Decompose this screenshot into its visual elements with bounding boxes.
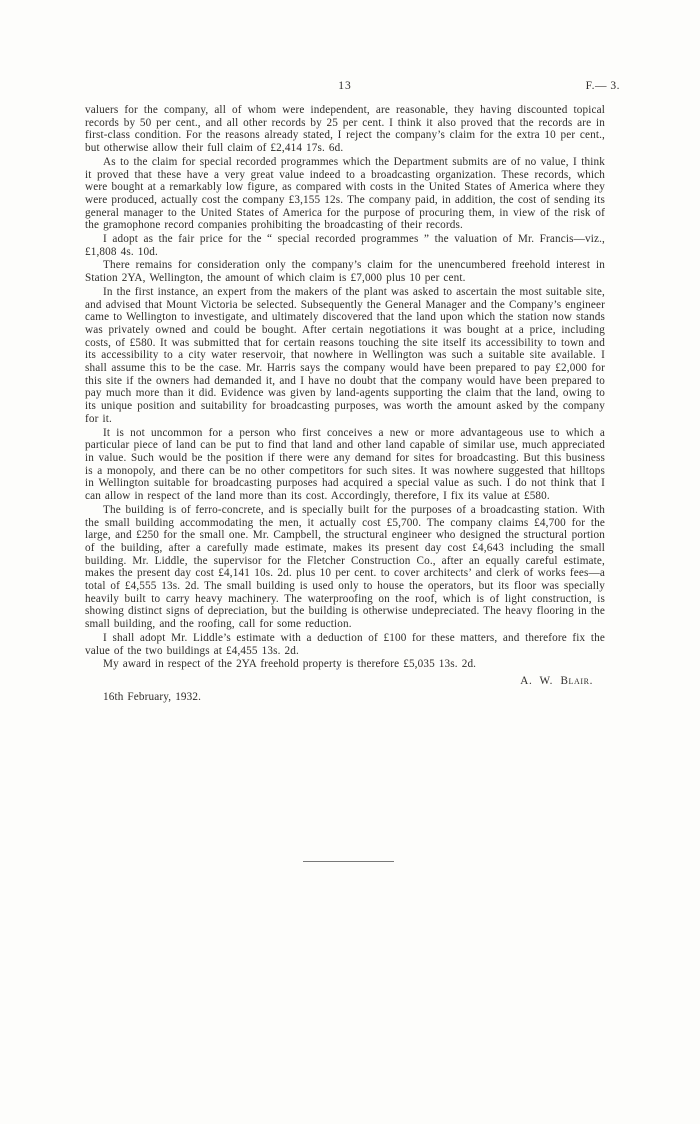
paragraph-1: valuers for the company, all of whom wer… bbox=[85, 104, 605, 155]
paragraph-4: There remains for consideration only the… bbox=[85, 259, 605, 284]
paragraph-8: I shall adopt Mr. Liddle’s estimate with… bbox=[85, 632, 605, 657]
page-header: 13 F.— 3. bbox=[85, 80, 605, 96]
document-date: 16th February, 1932. bbox=[85, 691, 605, 704]
paragraph-9: My award in respect of the 2YA freehold … bbox=[85, 658, 605, 671]
paragraph-6: It is not uncommon for a person who firs… bbox=[85, 427, 605, 503]
paragraph-7: The building is of ferro-concrete, and i… bbox=[85, 504, 605, 631]
document-page: 13 F.— 3. valuers for the company, all o… bbox=[0, 0, 700, 1124]
paragraph-3: I adopt as the fair price for the “ spec… bbox=[85, 233, 605, 258]
document-body: valuers for the company, all of whom wer… bbox=[85, 104, 605, 704]
separator-rule bbox=[303, 861, 394, 862]
paper-reference: F.— 3. bbox=[586, 80, 620, 92]
paragraph-5: In the first instance, an expert from th… bbox=[85, 286, 605, 426]
paragraph-2: As to the claim for special recorded pro… bbox=[85, 156, 605, 232]
signature: A. W. Blair. bbox=[85, 675, 605, 688]
page-number: 13 bbox=[85, 80, 605, 92]
